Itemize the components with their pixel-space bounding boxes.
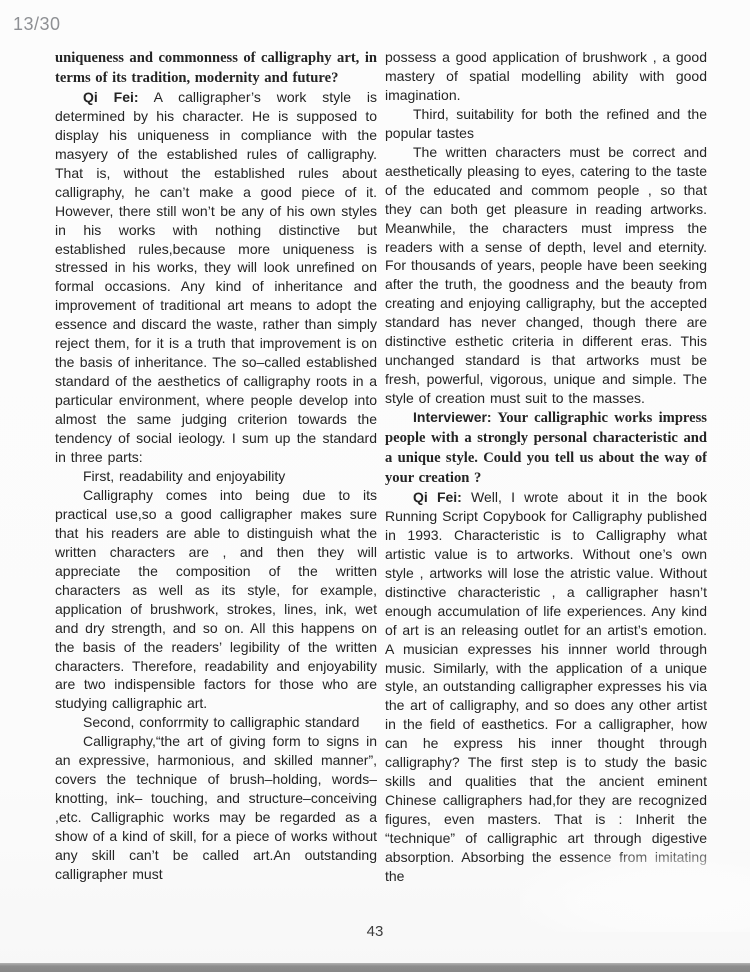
paragraph: Third, suitability for both the refined … bbox=[385, 105, 707, 143]
text-segment: uniqueness and commonness of calligraphy… bbox=[55, 50, 377, 86]
paragraph: First, readability and enjoyability bbox=[55, 467, 377, 486]
text-segment: Qi Fei: bbox=[413, 489, 462, 505]
text-segment: Calligraphy comes into being due to its … bbox=[55, 487, 377, 711]
text-segment: Qi Fei: bbox=[83, 89, 139, 105]
text-column-right: possess a good application of brushwork … bbox=[385, 48, 707, 922]
text-segment: A calligrapher’s work style is determine… bbox=[55, 89, 377, 465]
paragraph: uniqueness and commonness of calligraphy… bbox=[55, 48, 377, 88]
text-segment: possess a good application of brushwork … bbox=[385, 49, 707, 103]
paragraph: Calligraphy comes into being due to its … bbox=[55, 486, 377, 713]
paragraph: Qi Fei: A calligrapher’s work style is d… bbox=[55, 88, 377, 467]
paragraph: Calligraphy,“the art of giving form to s… bbox=[55, 732, 377, 884]
text-segment: First, readability and enjoyability bbox=[83, 468, 285, 484]
paragraph: possess a good application of brushwork … bbox=[385, 48, 707, 105]
text-segment: The written characters must be correct a… bbox=[385, 144, 707, 406]
paragraph: Second, conforrmity to calligraphic stan… bbox=[55, 713, 377, 732]
paragraph: Qi Fei: Well, I wrote about it in the bo… bbox=[385, 488, 707, 886]
text-segment: Interviewer: bbox=[413, 409, 492, 425]
pagination-indicator: 13/30 bbox=[13, 14, 61, 35]
text-segment: Third, suitability for both the refined … bbox=[385, 106, 707, 141]
text-segment: Well, I wrote about it in the book Runni… bbox=[385, 489, 707, 884]
paragraph: The written characters must be correct a… bbox=[385, 143, 707, 408]
page-number: 43 bbox=[0, 923, 750, 940]
text-segment: Calligraphy,“the art of giving form to s… bbox=[55, 733, 377, 882]
text-column-left: uniqueness and commonness of calligraphy… bbox=[55, 48, 377, 922]
document-page[interactable]: uniqueness and commonness of calligraphy… bbox=[55, 48, 707, 922]
text-segment: Second, conforrmity to calligraphic stan… bbox=[83, 714, 359, 730]
page-edge-shadow-bar bbox=[0, 963, 750, 972]
paragraph: Interviewer: Your calligraphic works imp… bbox=[385, 408, 707, 488]
